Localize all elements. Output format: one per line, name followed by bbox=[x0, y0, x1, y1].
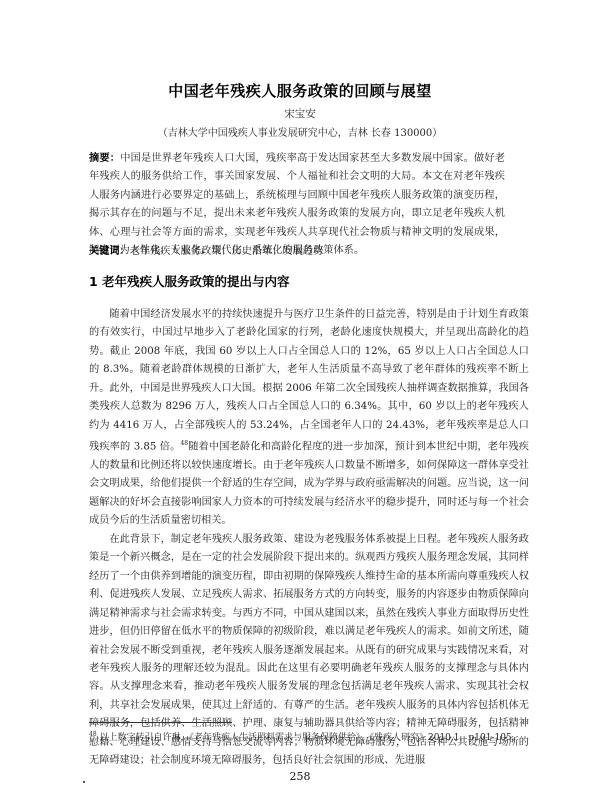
paper-title: 中国老年残疾人服务政策的回顾与展望 bbox=[0, 80, 600, 101]
footnote-marker: 48 bbox=[89, 731, 97, 738]
paragraph-1-text-a: 随着中国经济发展水平的持续快速提升与医疗卫生条件的日益完善，特别是由于计划生育政… bbox=[89, 309, 529, 453]
scan-artifact-dot bbox=[83, 781, 85, 783]
footnote-divider bbox=[89, 722, 232, 723]
keywords-text: 老年残疾人服务政策；历史沿革；发展趋势 bbox=[130, 246, 324, 257]
footnote-text: 以上数字转引自许琳，《老年残疾人生活照料需求与服务保障供给》，《残疾人研究》20… bbox=[97, 733, 521, 743]
author-affiliation: （吉林大学中国残疾人事业发展研究中心，吉林 长春 130000） bbox=[0, 124, 600, 139]
footnote: 48 以上数字转引自许琳，《老年残疾人生活照料需求与服务保障供给》，《残疾人研究… bbox=[89, 728, 529, 745]
footnote-reference[interactable]: 48 bbox=[180, 440, 188, 447]
document-page: 中国老年残疾人服务政策的回顾与展望 宋宝安 （吉林大学中国残疾人事业发展研究中心… bbox=[0, 0, 600, 785]
paragraph-1-text-b: 随着中国老龄化和高龄化程度的进一步加深，预计到本世纪中期，老年残疾人的数量和比例… bbox=[89, 442, 529, 527]
abstract-label: 摘要： bbox=[89, 153, 120, 164]
section-heading: 1 老年残疾人服务政策的提出与内容 bbox=[89, 272, 290, 290]
section-body: 随着中国经济发展水平的持续快速提升与医疗卫生条件的日益完善，特别是由于计划生育政… bbox=[89, 306, 529, 771]
author-name: 宋宝安 bbox=[0, 106, 600, 121]
abstract-text: 中国是世界老年残疾人口大国，残疾率高于发达国家甚至大多数发展中国家。做好老年残疾… bbox=[89, 153, 505, 256]
page-number: 258 bbox=[0, 770, 600, 783]
paragraph-1: 随着中国经济发展水平的持续快速提升与医疗卫生条件的日益完善，特别是由于计划生育政… bbox=[89, 306, 529, 531]
keywords: 关键词：老年残疾人服务政策；历史沿革；发展趋势 bbox=[89, 243, 505, 261]
keywords-label: 关键词： bbox=[89, 246, 130, 257]
